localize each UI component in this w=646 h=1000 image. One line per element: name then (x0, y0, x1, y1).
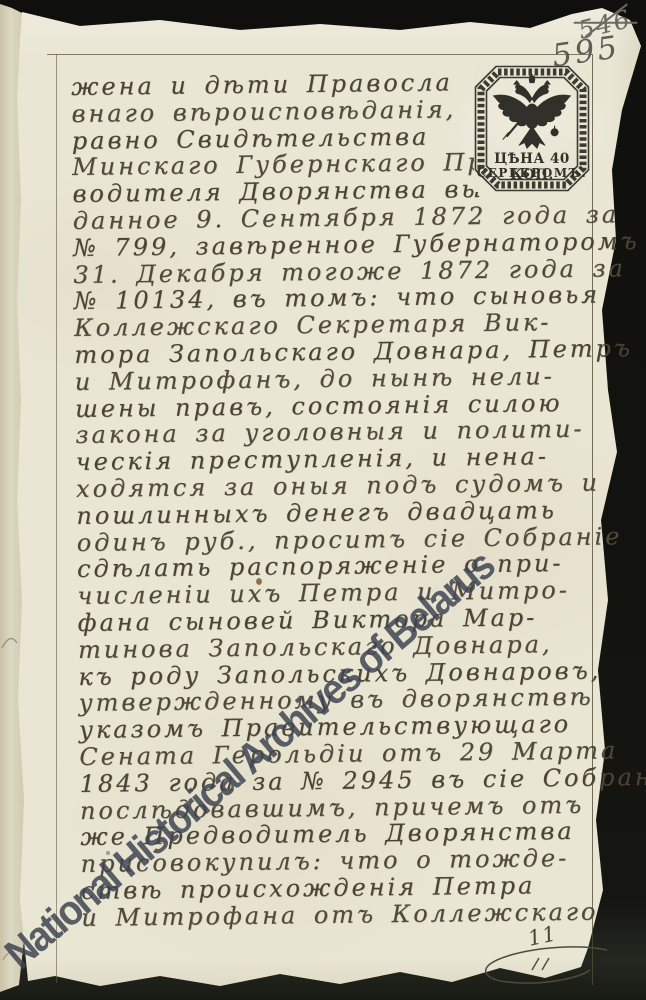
double-headed-eagle-icon (484, 74, 580, 160)
top-margin-rule (47, 54, 592, 55)
clerk-flourish: 11 (476, 922, 616, 984)
stamp-currency-text: СЕРЕБРОМЪ. (474, 166, 590, 180)
scanned-document: жена и дѣти Православнаго вѣроисповѣдані… (0, 0, 646, 1000)
revenue-stamp: ЦѢНА 40 КОП. СЕРЕБРОМЪ. (474, 65, 590, 192)
folio-numbers: 546 595 (552, 10, 632, 69)
flourish-swash (476, 940, 616, 984)
folio-number-current: 595 (550, 28, 634, 75)
left-margin-rule (56, 54, 57, 983)
strike-line (574, 22, 638, 24)
manuscript-text: жена и дѣти Православнаго вѣроисповѣдані… (71, 67, 621, 931)
ink-blot (256, 578, 262, 585)
